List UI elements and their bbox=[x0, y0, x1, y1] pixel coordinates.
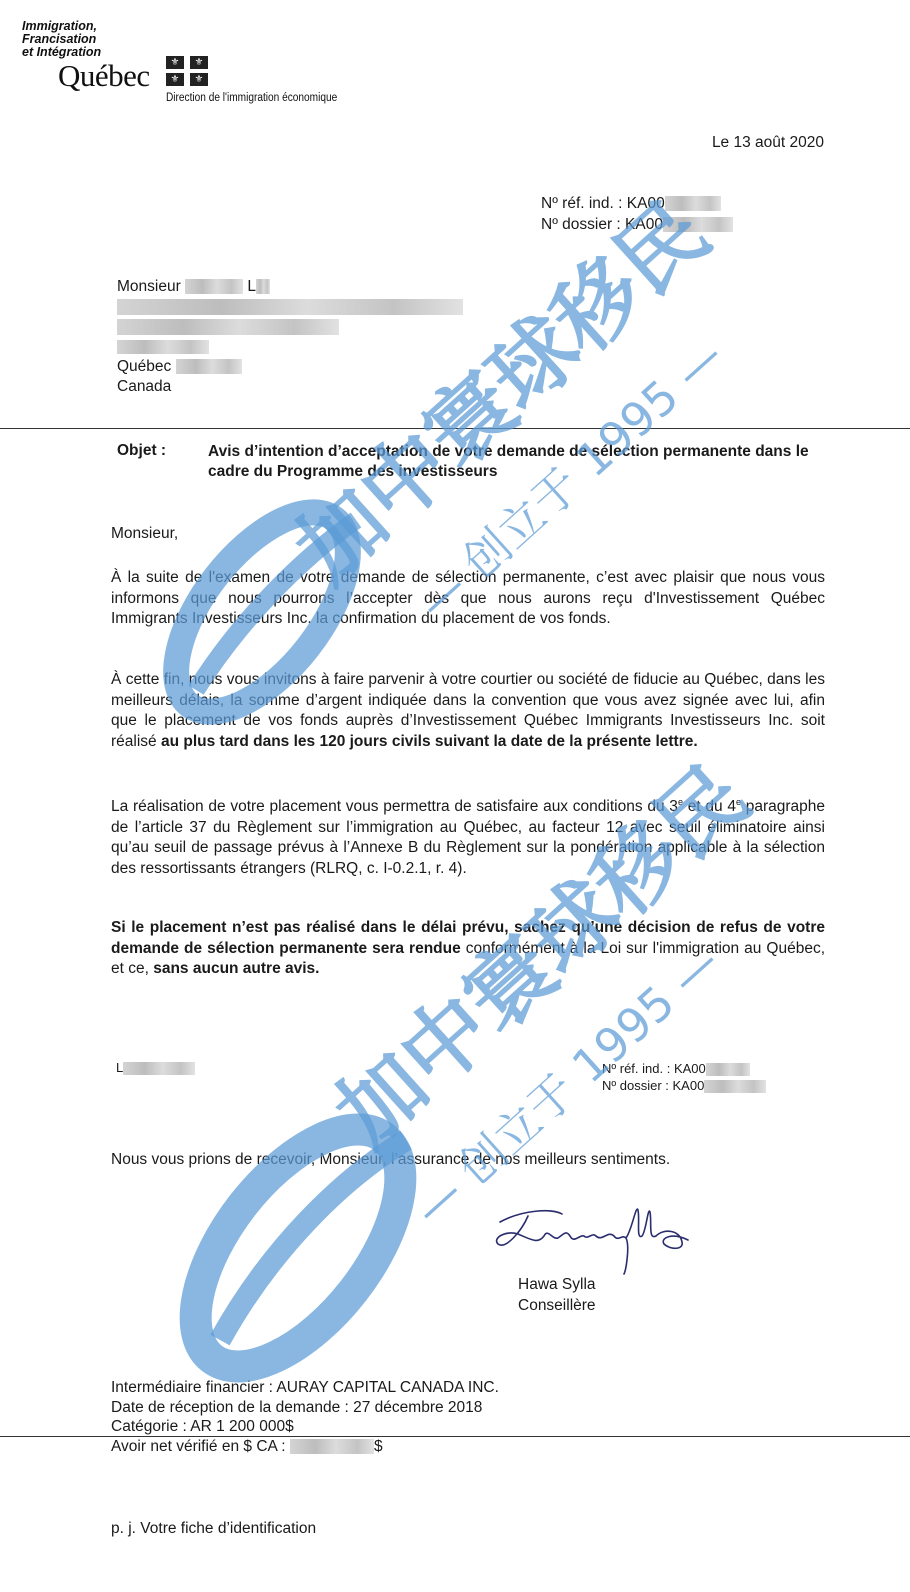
signatory-name: Hawa Sylla bbox=[518, 1274, 596, 1295]
redacted-value bbox=[256, 279, 270, 294]
fleur-de-lis-icon: ⚜ bbox=[166, 56, 184, 69]
recipient-country: Canada bbox=[117, 377, 463, 397]
subject-label: Objet : bbox=[117, 442, 166, 460]
department-name: Immigration, Francisation et Intégration bbox=[22, 20, 101, 59]
redacted-value bbox=[117, 299, 463, 315]
financial-intermediary: Intermédiaire financier : AURAY CAPITAL … bbox=[111, 1378, 499, 1398]
paragraph-3: La réalisation de votre placement vous p… bbox=[111, 792, 825, 879]
quebec-wordmark: Québec bbox=[58, 58, 150, 94]
fleur-de-lis-icon: ⚜ bbox=[190, 56, 208, 69]
secondary-initial: L bbox=[116, 1060, 195, 1075]
redacted-value bbox=[123, 1062, 195, 1075]
quebec-flag-icon: ⚜ ⚜ ⚜ ⚜ bbox=[166, 56, 208, 86]
application-details: Intermédiaire financier : AURAY CAPITAL … bbox=[111, 1378, 499, 1456]
reference-dossier: Nº dossier : KA00 bbox=[541, 214, 733, 235]
greeting: Monsieur, bbox=[111, 524, 825, 545]
redacted-address-line bbox=[117, 337, 463, 357]
paragraph-2: À cette fin, nous vous invitons à faire … bbox=[111, 670, 825, 752]
signatory: Hawa Sylla Conseillère bbox=[518, 1274, 596, 1316]
signatory-title: Conseillère bbox=[518, 1295, 596, 1316]
recipient-address: Monsieur L Québec Canada bbox=[117, 277, 463, 397]
net-worth: Avoir net vérifié en $ CA : $ bbox=[111, 1437, 499, 1457]
letter-date: Le 13 août 2020 bbox=[712, 134, 824, 152]
paragraph-1: À la suite de l'examen de votre demande … bbox=[111, 568, 825, 630]
fleur-de-lis-icon: ⚜ bbox=[166, 73, 184, 86]
recipient-city: Québec bbox=[117, 357, 463, 377]
paragraph-4: Si le placement n’est pas réalisé dans l… bbox=[111, 918, 825, 980]
subject-text: Avis d’intention d’acceptation de votre … bbox=[208, 442, 828, 482]
redacted-value bbox=[704, 1080, 766, 1093]
closing-sentence: Nous vous prions de recevoir, Monsieur, … bbox=[111, 1150, 825, 1171]
redacted-value bbox=[117, 319, 339, 335]
divider bbox=[0, 428, 910, 429]
reference-individual: Nº réf. ind. : KA00 bbox=[541, 193, 733, 214]
reference-numbers: Nº réf. ind. : KA00 Nº dossier : KA00 bbox=[541, 193, 733, 235]
redacted-value bbox=[706, 1063, 750, 1076]
fleur-de-lis-icon: ⚜ bbox=[190, 73, 208, 86]
handwritten-signature bbox=[492, 1200, 702, 1280]
category: Catégorie : AR 1 200 000$ bbox=[111, 1417, 499, 1437]
redacted-value bbox=[663, 217, 733, 232]
attachment-note: p. j. Votre fiche d’identification bbox=[111, 1520, 316, 1538]
redacted-address-line bbox=[117, 317, 463, 337]
reception-date: Date de réception de la demande : 27 déc… bbox=[111, 1398, 499, 1418]
redacted-value bbox=[185, 279, 243, 294]
redacted-value bbox=[290, 1439, 374, 1454]
redacted-value bbox=[665, 196, 721, 211]
reference-individual: Nº réf. ind. : KA00 bbox=[602, 1060, 766, 1077]
secondary-references: Nº réf. ind. : KA00 Nº dossier : KA00 bbox=[602, 1060, 766, 1094]
recipient-name: Monsieur L bbox=[117, 277, 463, 297]
redacted-address-line bbox=[117, 297, 463, 317]
redacted-value bbox=[117, 340, 209, 354]
redacted-value bbox=[176, 359, 242, 374]
divider bbox=[0, 1436, 910, 1437]
direction-name: Direction de l'immigration économique bbox=[166, 92, 337, 104]
reference-dossier: Nº dossier : KA00 bbox=[602, 1077, 766, 1094]
